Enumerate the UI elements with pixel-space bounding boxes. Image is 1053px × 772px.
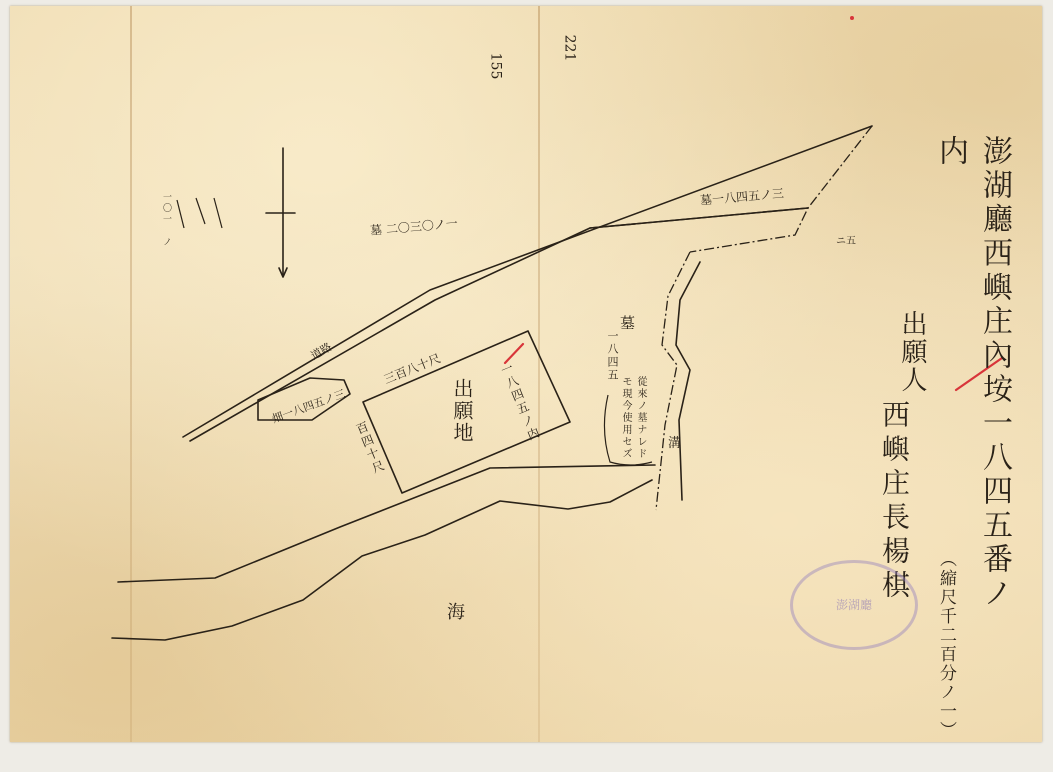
official-seal-stamp: 澎湖廳 [790, 560, 918, 650]
compass-arrow-icon [266, 148, 295, 277]
grave-right-label: 墓 [620, 312, 635, 333]
compass-hatch-marks [177, 198, 222, 228]
lower-road [118, 465, 655, 582]
ditch-label: 溝 [668, 432, 681, 451]
application-land-label: 出願地 [448, 378, 477, 444]
sea-label: 海 [447, 598, 465, 624]
scale-note: （縮尺千二百分ノ一） [934, 550, 959, 740]
grave-note: 從來ノ墓ナレドモ現今使用セズ [618, 376, 648, 466]
page-number-left: 155 [487, 53, 503, 80]
applicant-label: 出願人 [894, 310, 931, 394]
document-title: 澎湖廳西嶼庄內垵一八四五番ノ内 [928, 135, 1016, 615]
right-marker: ニ五 [836, 232, 856, 247]
compass-note: 一〇一 ノ [160, 192, 173, 248]
road-boundary [183, 126, 872, 441]
page-number-right: 221 [561, 35, 577, 62]
ditch [656, 252, 700, 510]
grave-right-lot: 一八四五 [604, 330, 620, 382]
red-dot [850, 16, 854, 20]
red-check-mark [505, 344, 523, 363]
coastline [112, 480, 652, 640]
